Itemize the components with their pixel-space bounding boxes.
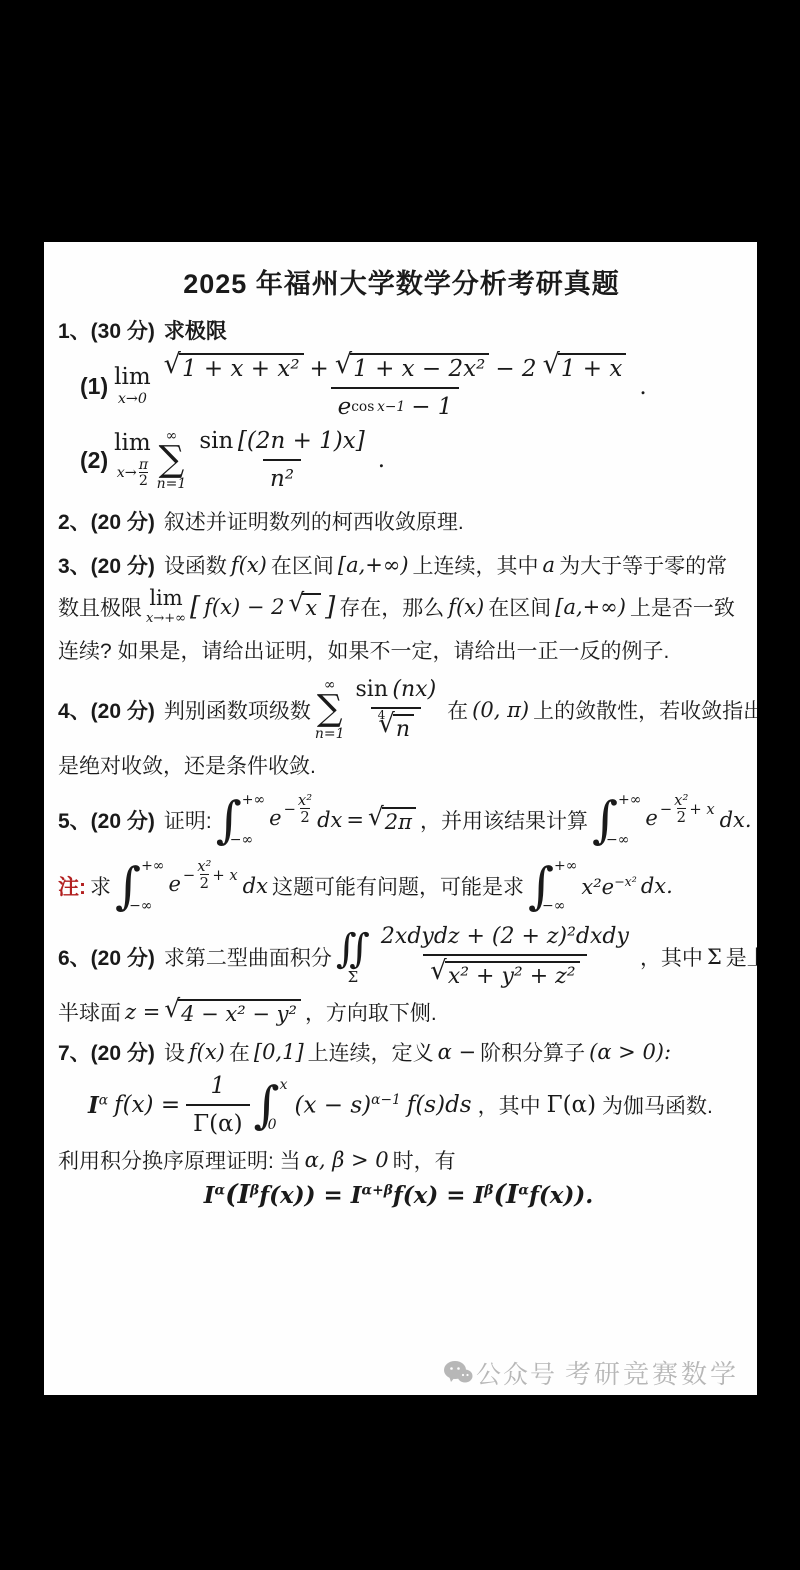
radical-sign: √ (543, 351, 560, 378)
problem-2-text: 叙述并证明数列的柯西收敛原理. (164, 506, 464, 536)
numerator: 1 (204, 1073, 233, 1104)
note-line: 注: 求 ∫ +∞−∞ e−x²2+ x dx 这题可能有问题，可能是求 ∫ +… (58, 858, 745, 914)
denominator: √x² + y² + z² (423, 954, 586, 989)
problem-3-label: 3、(20 分) (58, 550, 155, 580)
problem-3-line-2: 数且极限 lim x→+∞ [ f(x) − 2 √x ] 存在，那么 f(x)… (58, 588, 745, 625)
fourth-root: 4√n (378, 714, 414, 742)
surface-integral-operator: ∬ Σ (336, 929, 370, 985)
sigma-icon: ∑ (317, 692, 343, 726)
numerator: sin (nx) (349, 677, 444, 707)
problem-4-line-2: 是绝对收敛，还是条件收敛. (58, 750, 745, 780)
denominator: n² (263, 459, 301, 492)
wechat-icon (443, 1360, 473, 1386)
exam-paper: 2025 年福州大学数学分析考研真题 1、(30 分) 求极限 (1) lim … (44, 242, 757, 1395)
fraction: sin [(2n + 1)x] n² (192, 428, 371, 492)
sqrt-term: √x² + y² + z² (430, 961, 579, 989)
sqrt-term: √2π (368, 807, 416, 834)
sqrt-term: √1 + x + x² (164, 353, 304, 382)
watermark: 公众号 考研竞赛数学 (443, 1354, 739, 1391)
exponent: α−1 (371, 1092, 401, 1108)
exponent: cos x−1 (351, 399, 405, 415)
watermark-text-2: 考研竞赛数学 (565, 1354, 739, 1391)
exponent: −x² (614, 874, 637, 889)
problem-4-line-1: 4、(20 分) 判别函数项级数 ∞ ∑ n=1 sin (nx) 4√n 在 … (58, 677, 745, 742)
problem-2: 2、(20 分) 叙述并证明数列的柯西收敛原理. (58, 506, 745, 536)
problem-1-text: 求极限 (164, 315, 227, 345)
radical-sign: √ (335, 351, 352, 378)
period: . (639, 374, 646, 400)
denominator: 4√n (371, 707, 421, 742)
fraction: √1 + x + x² + √1 + x − 2x² − 2 √1 + x ec… (157, 353, 634, 420)
watermark-text-1: 公众号 (476, 1355, 557, 1391)
limit-operator: lim x→0 (114, 366, 151, 406)
problem-5: 5、(20 分) 证明: ∫ +∞−∞ e−x²2 dx = √2π ，并用该结… (58, 792, 745, 848)
radical-sign: √ (430, 959, 447, 985)
radical-sign: √ (368, 805, 384, 830)
denominator: Γ(α) (186, 1104, 249, 1137)
integral-operator: ∫ +∞−∞ (528, 858, 577, 914)
right-bracket: ] (325, 592, 335, 622)
period: . (378, 447, 385, 473)
part-1-label: (1) (80, 373, 108, 400)
problem-6-label: 6、(20 分) (58, 942, 155, 972)
limit-operator: lim x→π2 (114, 432, 151, 489)
page-title: 2025 年福州大学数学分析考研真题 (58, 262, 745, 301)
problem-5-label: 5、(20 分) (58, 805, 155, 835)
numerator: 2xdydz + (2 + z)²dxdy (374, 924, 636, 954)
sqrt-term: √x (288, 593, 321, 620)
sqrt-term: √4 − x² − y² (164, 999, 301, 1026)
fraction: 2xdydz + (2 + z)²dxdy √x² + y² + z² (374, 924, 636, 989)
sqrt-term: √1 + x − 2x² (335, 353, 490, 382)
problem-1-part-2-formula: (2) lim x→π2 ∞ ∑ n=1 sin [(2n + 1)x] n² … (80, 428, 745, 492)
problem-6-line-2: 半球面 z = √4 − x² − y² ，方向取下侧. (58, 997, 745, 1027)
radical-sign: √ (288, 591, 304, 616)
problem-1-part-1-formula: (1) lim x→0 √1 + x + x² + √1 + x − 2x² −… (80, 353, 745, 420)
note-label: 注: (58, 871, 86, 901)
limit-operator: lim x→+∞ (146, 588, 186, 625)
problem-4-label: 4、(20 分) (58, 695, 155, 725)
problem-7-line-2: 利用积分换序原理证明: 当 α, β > 0 时，有 (58, 1145, 745, 1175)
integral-operator: ∫ +∞−∞ (115, 858, 164, 914)
summation-operator: ∞ ∑ n=1 (157, 429, 187, 491)
exponent: α (99, 1092, 108, 1108)
problem-3-line-1: 3、(20 分) 设函数 f(x) 在区间 [a,+∞) 上连续，其中 a 为大… (58, 550, 745, 580)
radical-sign: √ (164, 351, 181, 378)
exponent: −x²2+ x (660, 793, 716, 826)
sigma-icon: ∑ (159, 443, 185, 477)
denominator: ecos x−1 − 1 (331, 387, 460, 420)
problem-3-line-3: 连续? 如果是，请给出证明，如果不一定，请给出一正一反的例子. (58, 635, 745, 665)
problem-7-label: 7、(20 分) (58, 1037, 155, 1067)
problem-7-display-formula: Iα f(x) = 1 Γ(α) ∫ x0 (x − s)α−1 f(s)ds … (88, 1073, 745, 1137)
double-integral-icon: ∬ (336, 929, 370, 969)
exponent: −x²2 (284, 793, 313, 826)
integral-operator: ∫ +∞−∞ (592, 792, 641, 848)
problem-1-label: 1、(30 分) (58, 315, 155, 345)
pi-over-2: π2 (139, 458, 148, 489)
problem-7-conclusion-formula: Iα(Iβf(x)) = Iα+βf(x) = Iβ(Iαf(x)). (58, 1179, 745, 1210)
radical-sign: √ (164, 997, 180, 1022)
summation-operator: ∞ ∑ n=1 (315, 678, 345, 740)
part-2-label: (2) (80, 447, 108, 474)
sqrt-term: √1 + x (543, 353, 627, 382)
integral-operator: ∫ +∞−∞ (216, 792, 265, 848)
exponent: −x²2+ x (183, 859, 239, 892)
problem-6-line-1: 6、(20 分) 求第二型曲面积分 ∬ Σ 2xdydz + (2 + z)²d… (58, 924, 745, 989)
numerator: √1 + x + x² + √1 + x − 2x² − 2 √1 + x (157, 353, 634, 387)
numerator: sin [(2n + 1)x] (192, 428, 371, 459)
fraction: 1 Γ(α) (186, 1073, 249, 1137)
problem-7-line-1: 7、(20 分) 设 f(x) 在 [0,1] 上连续，定义 α − 阶积分算子… (58, 1037, 745, 1067)
left-bracket: [ (190, 592, 200, 622)
problem-2-label: 2、(20 分) (58, 506, 155, 536)
integral-operator: ∫ x0 (254, 1077, 289, 1133)
problem-1-heading: 1、(30 分) 求极限 (58, 315, 745, 345)
screenshot-background: 2025 年福州大学数学分析考研真题 1、(30 分) 求极限 (1) lim … (0, 0, 800, 1570)
fraction: sin (nx) 4√n (349, 677, 444, 742)
